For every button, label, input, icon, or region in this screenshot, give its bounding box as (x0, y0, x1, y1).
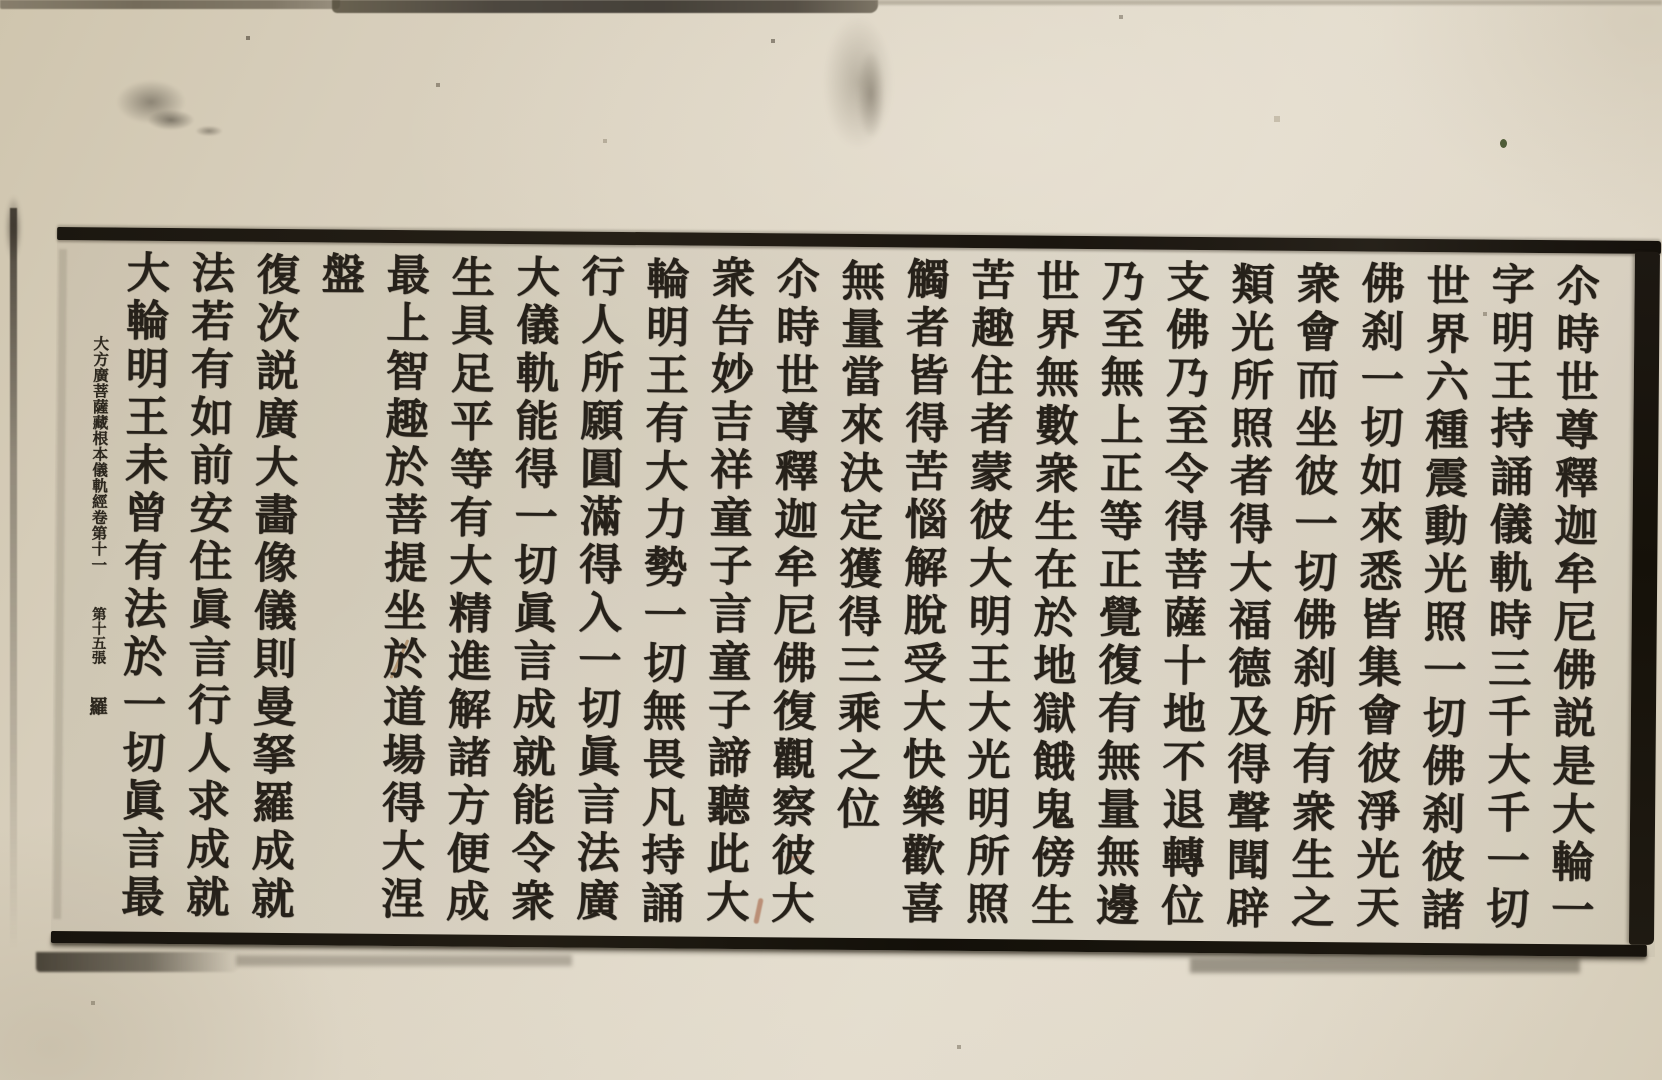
top-edge-dark-band (332, 0, 878, 13)
left-edge-line (5, 196, 22, 260)
ink-smudge (236, 955, 572, 966)
text-column: 衆會而坐彼一切佛刹所有衆生之 (1284, 260, 1340, 939)
case-character-label: 羅 (86, 696, 108, 715)
top-edge-dark-band (876, 0, 1662, 5)
top-edge-dark-band (0, 0, 340, 9)
sutra-text-columns: 尒時世尊釋迦牟尼佛説是大輪一 字明王持誦儀軌時三千大千一切 世界六種震動光照一切… (114, 250, 1600, 941)
block-top-rule (57, 227, 1661, 254)
text-column: 世界六種震動光照一切佛刹彼諸 (1414, 261, 1470, 941)
text-column: 盤 (309, 251, 365, 929)
paper-speck (753, 898, 763, 924)
ink-smudge (116, 80, 186, 124)
text-column: 行人所願圓滿得入一切眞言法廣 (569, 254, 625, 932)
text-column: 尒時世尊釋迦牟尼佛復觀察彼大 (764, 255, 820, 934)
left-edge-line (10, 208, 17, 950)
ink-smudge (1190, 958, 1580, 973)
ink-smudge (196, 126, 222, 136)
text-column: 支佛乃至令得菩薩十地不退轉位 (1154, 259, 1210, 937)
text-column: 輪明王有大力勢一切無畏凡持誦 (634, 254, 690, 934)
colophon-column: 大方廣菩薩藏根本儀軌經卷第十一 第十五張 羅 (83, 335, 114, 905)
block-bottom-rule (51, 931, 1647, 957)
text-column: 尒時世尊釋迦牟尼佛説是大輪一 (1544, 262, 1600, 941)
text-column: 大輪明王未曾有法於一切眞言最 (114, 250, 170, 928)
text-column: 乃至無上正等正覺復有無量無邊 (1089, 258, 1145, 936)
paper-stain (812, 12, 896, 188)
sheet-number-label: 第十五張 (89, 606, 107, 664)
paper-speck (1500, 139, 1507, 148)
ink-smudge (148, 110, 194, 130)
text-column: 大儀軌能得一切眞言成就能令衆 (504, 253, 560, 932)
printed-text-block: 尒時世尊釋迦牟尼佛説是大輪一 字明王持誦儀軌時三千大千一切 世界六種震動光照一切… (51, 227, 1661, 957)
text-column: 觸者皆得苦惱解脫受大快樂歡喜 (894, 256, 950, 934)
text-column: 世界無數衆生在於地獄餓鬼傍生 (1024, 258, 1080, 937)
paper-stain (858, 52, 884, 136)
text-column: 衆告妙吉祥童子言童子諦聽此大 (699, 255, 755, 933)
text-column: 復次説廣大畵像儀則曼拏羅成就 (244, 251, 300, 930)
block-left-border (53, 249, 67, 919)
paper-fiber (390, 639, 410, 679)
paper-speck (0, 0, 2, 2)
text-column: 無量當來決定獲得三乘之位 (829, 256, 885, 936)
ink-smudge (36, 952, 241, 972)
text-column: 法若有如前安住眞言行人求成就 (179, 250, 235, 928)
text-column: 生具足平等有大精進解諸方便成 (439, 252, 495, 932)
text-column: 最上智趣於菩提坐於道場得大涅 (374, 252, 430, 930)
scanned-sutra-page: 尒時世尊釋迦牟尼佛説是大輪一 字明王持誦儀軌時三千大千一切 世界六種震動光照一切… (0, 0, 1662, 1080)
block-right-border (1629, 252, 1660, 945)
text-column: 苦趣住者蒙彼大明王大光明所照 (959, 257, 1015, 935)
scripture-title-label: 大方廣菩薩藏根本儀軌經卷第十一 (89, 335, 110, 572)
text-column: 字明王持誦儀軌時三千大千一切 (1479, 261, 1535, 939)
paper-speck (786, 856, 801, 860)
text-column: 類光所照者得大福德及得聲聞辟 (1219, 259, 1275, 939)
text-column: 佛刹一切如來悉皆集會彼淨光天 (1349, 260, 1405, 938)
